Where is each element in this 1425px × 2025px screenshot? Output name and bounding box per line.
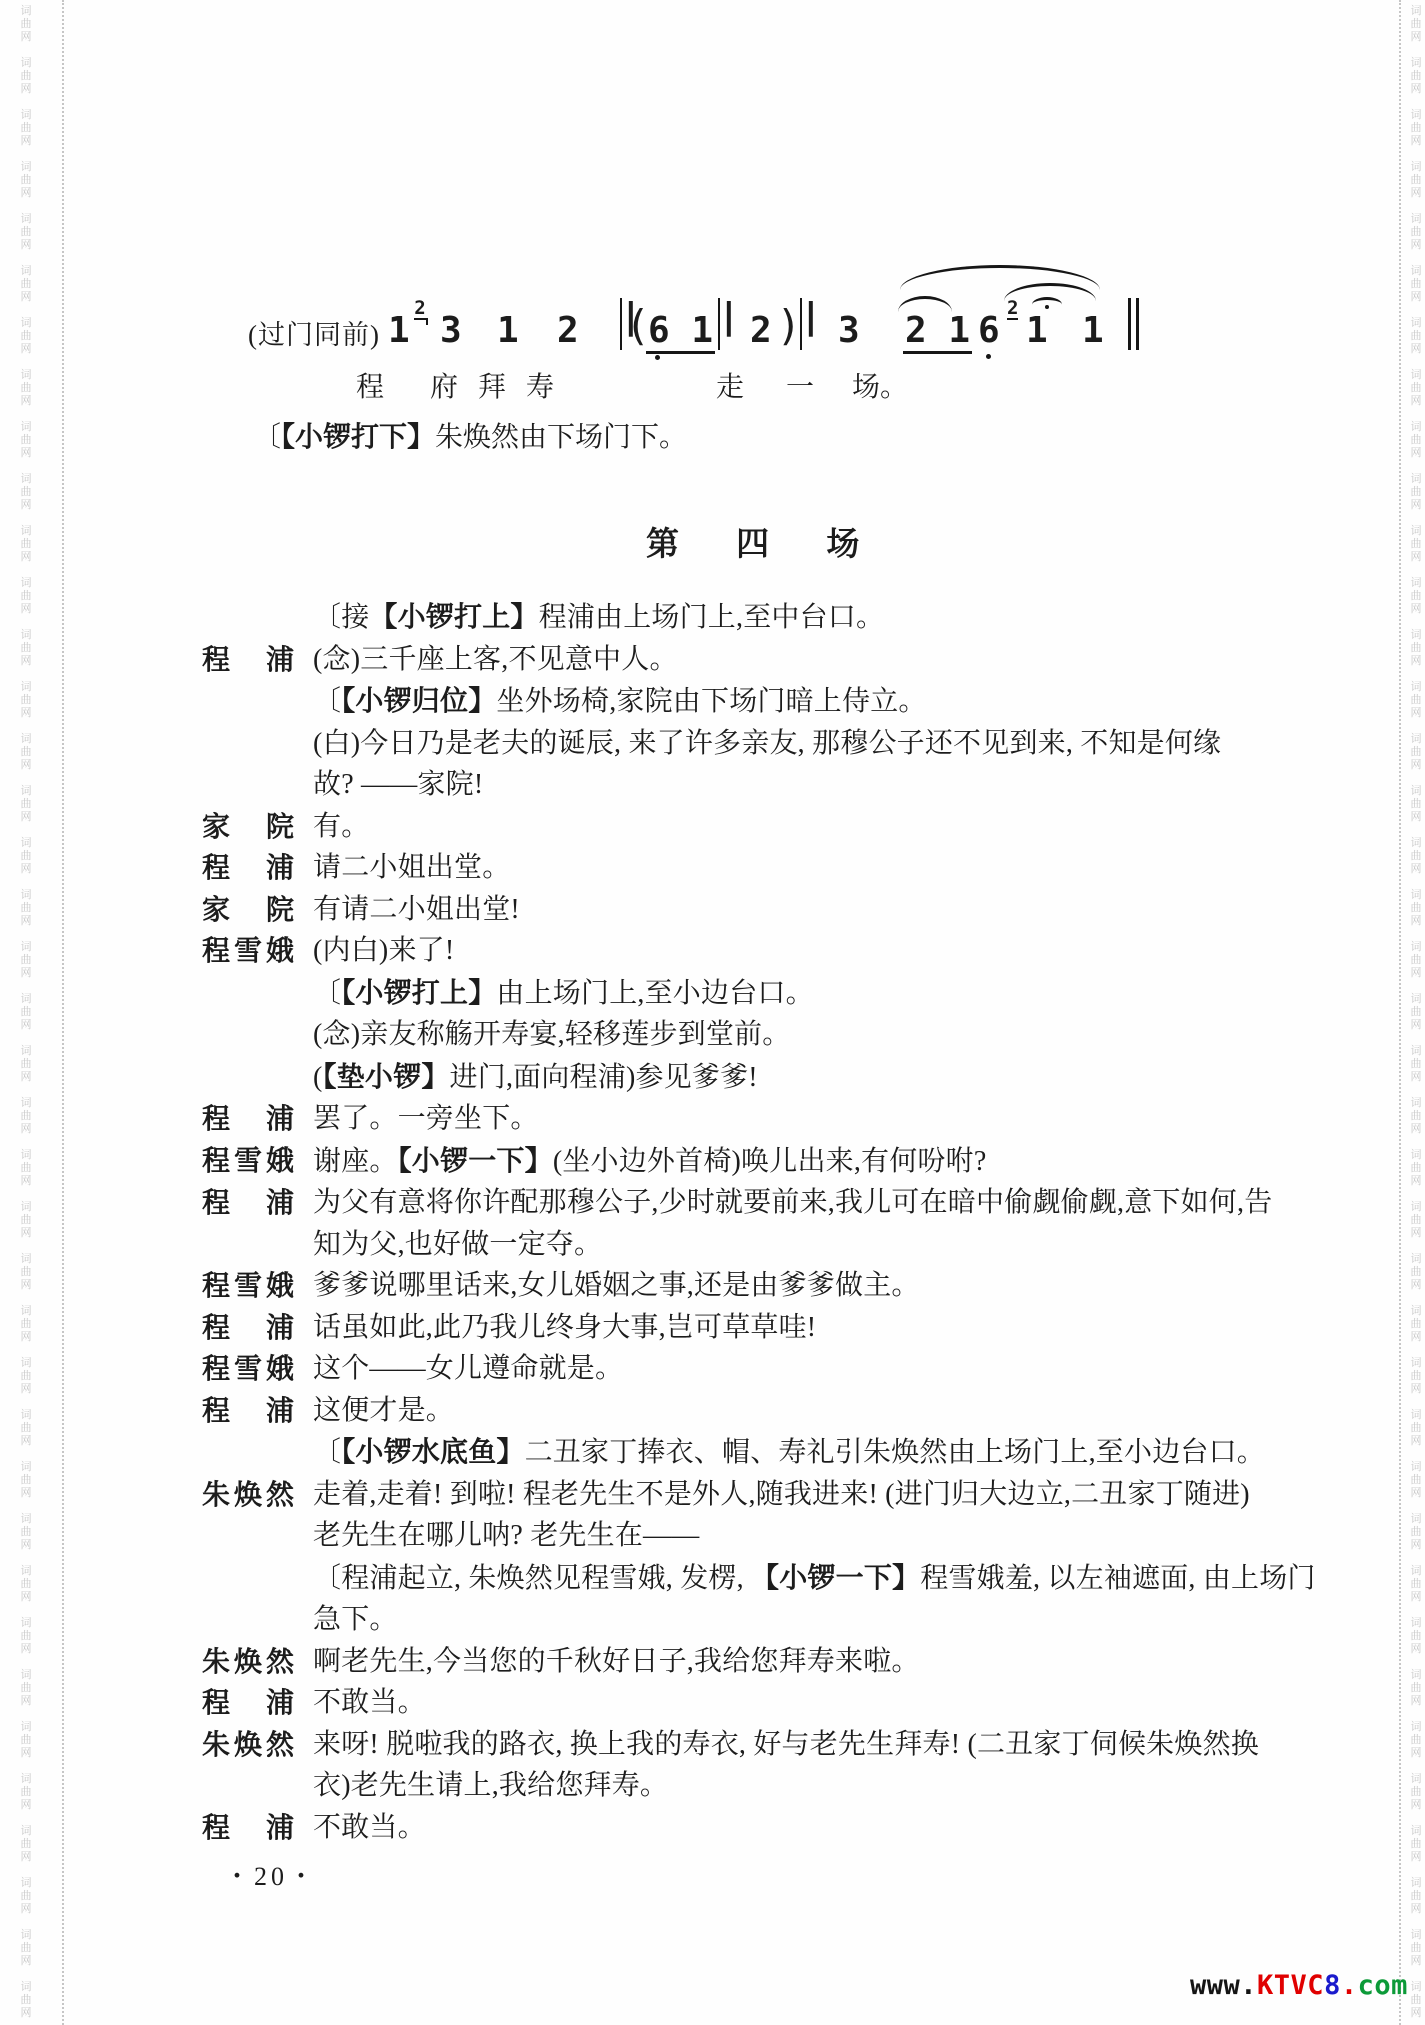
line-text: (念)亲友称觞开寿宴,轻移莲步到堂前。 — [313, 1014, 1343, 1056]
speaker-name: 程 浦 — [202, 847, 294, 889]
lyric-syllable: 程 — [356, 365, 384, 405]
watermark-text: 词曲网 — [1404, 1148, 1425, 1187]
line-text: 这个——女儿遵命就是。 — [313, 1348, 1343, 1390]
watermark-text: 词曲网 — [1404, 1096, 1425, 1135]
speaker-name: 程 浦 — [202, 1682, 294, 1724]
watermark-text: 词曲网 — [1404, 1720, 1425, 1759]
watermark-text: 词曲网 — [14, 1980, 38, 2019]
interlude-annotation: (过门同前) — [248, 313, 380, 352]
brand-segment: KTVC — [1257, 1970, 1324, 2001]
grace-note: 2 — [1007, 299, 1018, 320]
line-text: 罢了。一旁坐下。 — [313, 1098, 1343, 1140]
speaker-name: 程 浦 — [202, 1098, 294, 1140]
watermark-text: 词曲网 — [1404, 1356, 1425, 1395]
watermark-text: 词曲网 — [1404, 1512, 1425, 1551]
script-line: 〔程浦起立, 朱焕然见程雪娥, 发楞, 【小锣一下】程雪娥羞, 以左袖遮面, 由… — [0, 1557, 1400, 1641]
script-line: (念)亲友称觞开寿宴,轻移莲步到堂前。 — [0, 1014, 1400, 1056]
paren-mark: ) — [780, 303, 796, 349]
speaker-name: 程雪娥 — [202, 1348, 294, 1390]
watermark-text: 词曲网 — [1404, 1252, 1425, 1291]
barline-icon: | — [800, 298, 802, 350]
speaker-name: 程 浦 — [202, 1182, 294, 1224]
lyric-syllable: 拜 — [478, 365, 506, 405]
watermark-text: 词曲网 — [1404, 1668, 1425, 1707]
watermark-text: 词曲网 — [14, 212, 38, 251]
speaker-name: 程雪娥 — [202, 930, 294, 972]
script-line: 程雪娥这个——女儿遵命就是。 — [0, 1348, 1400, 1390]
line-text: (念)三千座上客,不见意中人。 — [313, 639, 1343, 681]
line-text: 走着,走着! 到啦! 程老先生不是外人,随我进来! (进门归大边立,二丑家丁随进… — [313, 1474, 1343, 1557]
line-text: 不敢当。 — [313, 1682, 1343, 1724]
watermark-text: 词曲网 — [14, 108, 38, 147]
line-text: 话虽如此,此乃我儿终身大事,岂可草草哇! — [313, 1307, 1343, 1349]
barline-icon: | — [718, 298, 720, 350]
scene-title: 第 四 场 — [646, 518, 859, 565]
script-line: 〔【小锣归位】坐外场椅,家院由下场门暗上侍立。 — [0, 680, 1400, 723]
line-text: 不敢当。 — [313, 1807, 1343, 1849]
watermark-text: 词曲网 — [14, 160, 38, 199]
note-1: 21 — [388, 312, 410, 350]
watermark-text: 词曲网 — [1404, 524, 1425, 563]
speaker-name: 程 浦 — [202, 1390, 294, 1432]
brand-segment: . — [1341, 1970, 1358, 2001]
script-line: 程雪娥(内白)来了! — [0, 930, 1400, 972]
script-line: 程 浦请二小姐出堂。 — [0, 847, 1400, 889]
watermark-text: 词曲网 — [1404, 940, 1425, 979]
line-text: 请二小姐出堂。 — [313, 847, 1343, 889]
note-2: 2 — [750, 312, 772, 350]
music-notation: (过门同前) 21312|(6 1|2)|32 16211 程府拜寿走一场。 — [0, 283, 1425, 433]
watermark-text: 词曲网 — [1404, 1876, 1425, 1915]
line-text: 〔【小锣水底鱼】二丑家丁捧衣、帽、寿礼引朱焕然由上场门上,至小边台口。 — [313, 1431, 1343, 1474]
grace-note: 2 — [414, 299, 425, 320]
line-text: (【垫小锣】进门,面向程浦)参见爹爹! — [313, 1056, 1343, 1099]
scanned-script-page: 词曲网词曲网词曲网词曲网词曲网词曲网词曲网词曲网词曲网词曲网词曲网词曲网词曲网词… — [0, 0, 1425, 2025]
line-text: 〔接【小锣打上】程浦由上场门上,至中台口。 — [313, 596, 1343, 639]
brand-segment: com — [1358, 1970, 1408, 2001]
line-text: 这便才是。 — [313, 1390, 1343, 1432]
line-text: 〔【小锣归位】坐外场椅,家院由下场门暗上侍立。 — [313, 680, 1343, 723]
script-line: 〔【小锣水底鱼】二丑家丁捧衣、帽、寿礼引朱焕然由上场门上,至小边台口。 — [0, 1431, 1400, 1474]
watermark-text: 词曲网 — [1404, 1460, 1425, 1499]
script-line: (【垫小锣】进门,面向程浦)参见爹爹! — [0, 1056, 1400, 1099]
watermark-text: 词曲网 — [1404, 108, 1425, 147]
watermark-text: 词曲网 — [1404, 1044, 1425, 1083]
watermark-text: 词曲网 — [1404, 1304, 1425, 1343]
watermark-text: 词曲网 — [1404, 1408, 1425, 1447]
site-watermark: www.KTVC8.com — [1190, 1970, 1408, 2001]
script-line: 程 浦这便才是。 — [0, 1390, 1400, 1432]
speaker-name: 朱焕然 — [202, 1641, 294, 1683]
note-1: 21 — [1026, 312, 1048, 350]
page-number: ・20・ — [224, 1856, 318, 1893]
watermark-text: 词曲网 — [1404, 160, 1425, 199]
script-line: 〔接【小锣打上】程浦由上场门上,至中台口。 — [0, 596, 1400, 639]
speaker-name: 朱焕然 — [202, 1724, 294, 1766]
line-text: (白)今日乃是老夫的诞辰, 来了许多亲友, 那穆公子还不见到来, 不知是何缘 故… — [313, 723, 1343, 806]
watermark-text: 词曲网 — [1404, 212, 1425, 251]
watermark-text: 词曲网 — [1404, 680, 1425, 719]
watermark-text: 词曲网 — [14, 1876, 38, 1915]
lyric-syllable: 场。 — [852, 365, 908, 405]
watermark-text: 词曲网 — [1404, 992, 1425, 1031]
line-text: 有请二小姐出堂! — [313, 889, 1343, 931]
watermark-text: 词曲网 — [1404, 1772, 1425, 1811]
line-text: 为父有意将你许配那穆公子,少时就要前来,我儿可在暗中偷觑偷觑,意下如何,告 知为… — [313, 1182, 1343, 1265]
note-1: 1 — [497, 312, 519, 350]
script-line: 家 院有请二小姐出堂! — [0, 889, 1400, 931]
speaker-name: 程 浦 — [202, 1807, 294, 1849]
lyric-syllable: 一 — [786, 365, 814, 405]
watermark-text: 词曲网 — [14, 4, 38, 43]
script-line: 程雪娥爹爹说哪里话来,女儿婚姻之事,还是由爹爹做主。 — [0, 1265, 1400, 1307]
script-line: 程 浦不敢当。 — [0, 1807, 1400, 1849]
line-text: 来呀! 脱啦我的路衣, 换上我的寿衣, 好与老先生拜寿! (二丑家丁伺候朱焕然换… — [313, 1724, 1343, 1807]
watermark-text: 词曲网 — [1404, 888, 1425, 927]
note-2: 2 — [557, 312, 579, 350]
slur-icon — [898, 296, 952, 312]
watermark-text: 词曲网 — [1404, 628, 1425, 667]
watermark-text: 词曲网 — [1404, 1564, 1425, 1603]
script-line: (白)今日乃是老夫的诞辰, 来了许多亲友, 那穆公子还不见到来, 不知是何缘 故… — [0, 723, 1400, 806]
final-barline-icon — [1128, 298, 1139, 350]
note-6 1: 6 1 — [646, 312, 715, 354]
script-line: 朱焕然来呀! 脱啦我的路衣, 换上我的寿衣, 好与老先生拜寿! (二丑家丁伺候朱… — [0, 1724, 1400, 1807]
watermark-text: 词曲网 — [1404, 1928, 1425, 1967]
speaker-name: 家 院 — [202, 806, 294, 848]
line-text: 谢座。【小锣一下】(坐小边外首椅)唤儿出来,有何吩咐? — [313, 1140, 1343, 1183]
lyric-syllable: 府 — [430, 365, 458, 405]
watermark-text: 词曲网 — [1404, 4, 1425, 43]
barline-icon: | — [620, 298, 622, 350]
watermark-text: 词曲网 — [14, 56, 38, 95]
brand-segment: www. — [1190, 1970, 1257, 2001]
speaker-name: 程雪娥 — [202, 1140, 294, 1182]
note-1: 1 — [1082, 312, 1104, 350]
line-text: 〔程浦起立, 朱焕然见程雪娥, 发楞, 【小锣一下】程雪娥羞, 以左袖遮面, 由… — [313, 1557, 1343, 1641]
speaker-name: 程 浦 — [202, 639, 294, 681]
lyric-syllable: 走 — [716, 365, 744, 405]
watermark-text: 词曲网 — [14, 524, 38, 563]
dialogue-list: 〔接【小锣打上】程浦由上场门上,至中台口。程 浦(念)三千座上客,不见意中人。〔… — [0, 596, 1400, 1848]
watermark-text: 词曲网 — [1404, 56, 1425, 95]
line-text: 有。 — [313, 806, 1343, 848]
line-text: 啊老先生,今当您的千秋好日子,我给您拜寿来啦。 — [313, 1641, 1343, 1683]
line-text: 〔【小锣打上】由上场门上,至小边台口。 — [313, 972, 1343, 1015]
script-line: 家 院有。 — [0, 806, 1400, 848]
speaker-name: 程 浦 — [202, 1307, 294, 1349]
script-line: 程雪娥谢座。【小锣一下】(坐小边外首椅)唤儿出来,有何吩咐? — [0, 1140, 1400, 1183]
speaker-name: 朱焕然 — [202, 1474, 294, 1516]
watermark-text: 词曲网 — [1404, 472, 1425, 511]
speaker-name: 程雪娥 — [202, 1265, 294, 1307]
script-line: 程 浦话虽如此,此乃我儿终身大事,岂可草草哇! — [0, 1307, 1400, 1349]
watermark-text: 词曲网 — [1404, 1200, 1425, 1239]
note-3: 3 — [440, 312, 462, 350]
speaker-name: 家 院 — [202, 889, 294, 931]
note-2 1: 2 1 — [903, 312, 972, 354]
script-line: 朱焕然走着,走着! 到啦! 程老先生不是外人,随我进来! (进门归大边立,二丑家… — [0, 1474, 1400, 1557]
paren-mark: ( — [630, 303, 646, 349]
script-line: 程 浦罢了。一旁坐下。 — [0, 1098, 1400, 1140]
note-3: 3 — [838, 312, 860, 350]
watermark-text: 词曲网 — [1404, 1616, 1425, 1655]
line-text: 爹爹说哪里话来,女儿婚姻之事,还是由爹爹做主。 — [313, 1265, 1343, 1307]
script-line: 程 浦(念)三千座上客,不见意中人。 — [0, 639, 1400, 681]
script-line: 程 浦为父有意将你许配那穆公子,少时就要前来,我儿可在暗中偷觑偷觑,意下如何,告… — [0, 1182, 1400, 1265]
watermark-text: 词曲网 — [1404, 1824, 1425, 1863]
watermark-text: 词曲网 — [1404, 732, 1425, 771]
watermark-text: 词曲网 — [1404, 576, 1425, 615]
watermark-text: 词曲网 — [14, 472, 38, 511]
lyric-syllable: 寿 — [526, 365, 554, 405]
script-line: 朱焕然啊老先生,今当您的千秋好日子,我给您拜寿来啦。 — [0, 1641, 1400, 1683]
line-text: (内白)来了! — [313, 930, 1343, 972]
watermark-text: 词曲网 — [1404, 784, 1425, 823]
watermark-text: 词曲网 — [1404, 836, 1425, 875]
watermark-text: 词曲网 — [14, 1928, 38, 1967]
brand-segment: 8 — [1324, 1970, 1341, 2001]
note-6: 6 — [978, 312, 1000, 350]
script-line: 〔【小锣打上】由上场门上,至小边台口。 — [0, 972, 1400, 1015]
script-line: 程 浦不敢当。 — [0, 1682, 1400, 1724]
stage-direction: 〔【小锣打下】朱焕然由下场门下。 — [253, 415, 687, 455]
